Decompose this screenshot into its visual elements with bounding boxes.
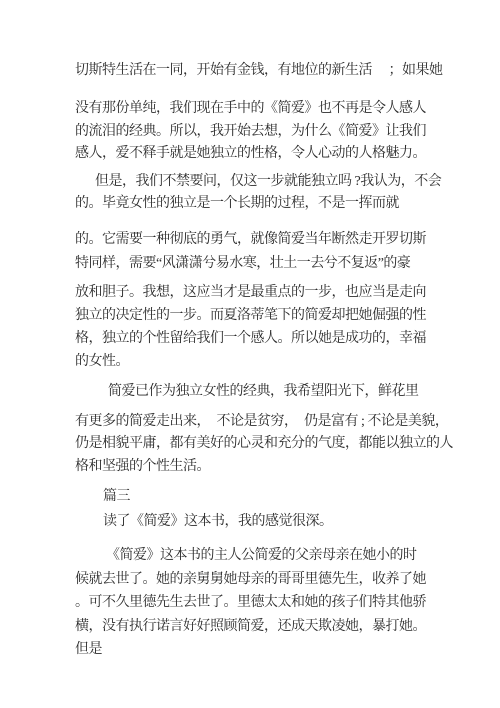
text-line: 仍是相貌平庸，都有美好的心灵和充分的气度，都能以独立的人 [75, 437, 453, 451]
text-line: 篇三 [103, 490, 130, 504]
text-line: 独立的决定性的一步。而夏洛蒂笔下的简爱却把她倔强的性 [75, 309, 426, 323]
text-line: 横，没有执行诺言好好照顾简爱，还成天欺凌她，暴打她。 [75, 620, 426, 634]
text-line: 的。它需要一种彻底的勇气，就像简爱当年断然走开罗切斯 [75, 233, 426, 247]
text-line: 读了《简爱》这本书，我的感觉很深。 [103, 515, 333, 529]
text-line: 的。毕竟女性的独立是一个长期的过程，不是一挥而就 [75, 197, 399, 211]
text-line: 的流泪的经典。所以，我开始去想，为什么《简爱》让我们 [75, 125, 426, 139]
document-page: 切斯特生活在一同，开始有金钱，有地位的新生活 ；如果她没有那份单纯，我们现在手中… [0, 0, 500, 708]
text-line: 但是 [75, 643, 102, 657]
text-line: 感人，爱不释手就是她独立的性格，令人心动的人格魅力。 [75, 147, 426, 161]
text-line: 放和胆子。我想，这应当才是最重点的一步，也应当是走向 [75, 286, 426, 300]
text-line: 但是，我们不禁要问，仅这一步就能独立吗 ?我认为，不会 [95, 175, 441, 189]
text-line: 切斯特生活在一同，开始有金钱，有地位的新生活 ；如果她 [75, 64, 443, 78]
text-line: 简爱已作为独立女性的经典，我希望阳光下，鲜花里 [108, 385, 419, 399]
text-line: 有更多的简爱走出来， 不论是贫穷， 仍是富有 ; 不论是美貌， [75, 415, 448, 429]
text-line: 的女性。 [75, 355, 129, 369]
text-line: 格，独立的个性留给我们一个感人。所以她是成功的，幸福 [75, 332, 426, 346]
text-line: 没有那份单纯，我们现在手中的《简爱》也不再是令人感人 [75, 102, 426, 116]
text-line: 候就去世了。她的亲舅舅她母亲的哥哥里德先生，收养了她 [75, 573, 426, 587]
text-line: 。可不久里德先生去世了。里德太太和她的孩子们特其他骄 [75, 596, 426, 610]
text-line: 特同样，需要“风潇潇兮易水寒，壮土一去兮不复返”的豪 [75, 257, 410, 271]
text-line: 格和坚强的个性生活。 [75, 460, 210, 474]
text-line: 《简爱》这本书的主人公简爱的父亲母亲在她小的时 [106, 549, 417, 563]
